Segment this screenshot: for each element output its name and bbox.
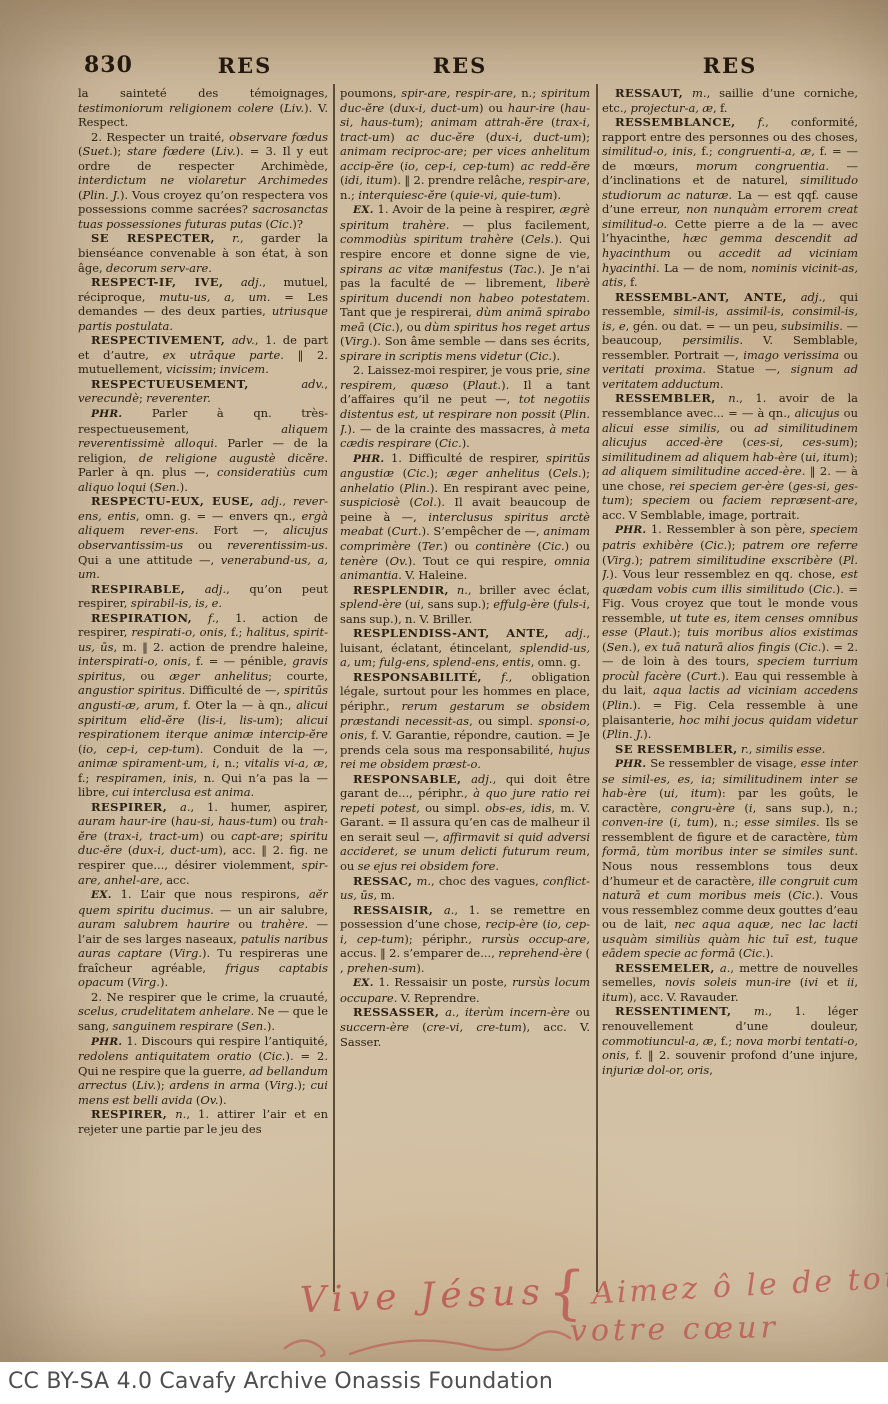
dictionary-paragraph: 2. Laissez-moi respirer, je vous prie, s… <box>340 363 590 450</box>
entry-headword: RESSEMBLER, <box>615 391 716 405</box>
dictionary-paragraph: RESPONSABILITÉ, f., obligation légale, s… <box>340 670 590 772</box>
dictionary-paragraph: RESPLENDIR, n., briller avec éclat, sple… <box>340 583 590 627</box>
scanned-page: 830 RES RES RES la sainteté des témoigna… <box>0 0 888 1362</box>
dictionary-paragraph: RESPIRER, n., 1. attirer l’air et en rej… <box>78 1107 328 1136</box>
dictionary-paragraph: RESSAC, m., choc des vagues, conflict-us… <box>340 874 590 903</box>
dictionary-paragraph: RESPECTU-EUX, EUSE, adj., rever-ens, ent… <box>78 494 328 581</box>
column-2-text: poumons, spir-are, respir-are, n.; spiri… <box>340 86 590 1292</box>
dictionary-paragraph: SE RESSEMBLER, r., similis esse. <box>602 742 858 757</box>
entry-headword: RESPIRER, <box>91 1107 167 1121</box>
dictionary-paragraph: RESSAISIR, a., 1. se remettre en possess… <box>340 903 590 976</box>
dictionary-paragraph: RESSAUT, m., saillie d’une corniche, etc… <box>602 86 858 115</box>
dictionary-paragraph: RESSEMBLER, n., 1. avoir de la ressembla… <box>602 391 858 522</box>
dictionary-paragraph: RESPIRATION, f., 1. action de respirer, … <box>78 611 328 800</box>
running-head-left: RES <box>160 53 330 78</box>
entry-headword: RESPECTIVEMENT, <box>91 333 225 347</box>
entry-headword: RESSEMBL-ANT, ANTE, <box>615 290 787 304</box>
dictionary-paragraph: SE RESPECTER, r., garder la bienséance c… <box>78 231 328 275</box>
entry-headword: RESPONSABLE, <box>353 772 461 786</box>
entry-headword: RESPIRABLE, <box>91 582 185 596</box>
dictionary-paragraph: EX. 1. Ressaisir un poste, rursùs locum … <box>340 975 590 1005</box>
dictionary-paragraph: RESPONSABLE, adj., qui doit être garant … <box>340 772 590 874</box>
section-label: EX. <box>353 204 374 216</box>
section-label: EX. <box>91 889 112 901</box>
section-label: PHR. <box>91 408 122 420</box>
dictionary-paragraph: la sainteté des témoignages, testimonior… <box>78 86 328 130</box>
entry-headword: RESPECT-IF, IVE, <box>91 275 223 289</box>
entry-headword: RESPONSABILITÉ, <box>353 670 482 684</box>
entry-headword: RESSASSER, <box>353 1005 439 1019</box>
entry-headword: RESPIRER, <box>91 800 167 814</box>
entry-headword: SE RESSEMBLER, <box>615 742 738 756</box>
running-head-center: RES <box>375 53 545 78</box>
dictionary-paragraph: RESPECTUEUSEMENT, adv., verecundè; rever… <box>78 377 328 406</box>
dictionary-paragraph: RESSENTIMENT, m., 1. léger renouvellemen… <box>602 1004 858 1077</box>
dictionary-paragraph: RESSEMELER, a., mettre de nouvelles seme… <box>602 961 858 1005</box>
column-1-text: la sainteté des témoignages, testimonior… <box>78 86 328 1292</box>
dictionary-paragraph: RESPIRABLE, adj., qu’on peut respirer, s… <box>78 582 328 611</box>
dictionary-paragraph: PHR. 1. Ressembler à son père, speciem p… <box>602 522 858 741</box>
dictionary-paragraph: PHR. 1. Difficulté de respirer, spiritūs… <box>340 451 590 583</box>
entry-headword: RESPLENDIR, <box>353 583 449 597</box>
entry-headword: SE RESPECTER, <box>91 231 215 245</box>
license-caption: CC BY-SA 4.0 Cavafy Archive Onassis Foun… <box>8 1369 553 1394</box>
entry-headword: RESSEMELER, <box>615 961 715 975</box>
handwriting-flourish <box>280 1310 600 1360</box>
column-3-text: RESSAUT, m., saillie d’une corniche, etc… <box>602 86 858 1292</box>
dictionary-paragraph: RESPIRER, a., 1. humer, aspirer, auram h… <box>78 800 328 887</box>
entry-headword: RESSAISIR, <box>353 903 433 917</box>
entry-headword: RESPECTUEUSEMENT, <box>91 377 249 391</box>
dictionary-paragraph: PHR. Parler à qn. très-respectueusement,… <box>78 406 328 494</box>
dictionary-paragraph: PHR. 1. Discours qui respire l’antiquité… <box>78 1034 328 1108</box>
entry-headword: RESSEMBLANCE, <box>615 115 736 129</box>
section-label: PHR. <box>615 758 646 770</box>
section-label: PHR. <box>353 453 384 465</box>
dictionary-paragraph: RESPLENDISS-ANT, ANTE, adj., luisant, éc… <box>340 626 590 670</box>
section-label: PHR. <box>615 524 646 536</box>
entry-headword: RESPLENDISS-ANT, ANTE, <box>353 626 549 640</box>
dictionary-paragraph: EX. 1. L’air que nous respirons, aĕr que… <box>78 887 328 990</box>
section-label: EX. <box>353 977 374 989</box>
entry-headword: RESPECTU-EUX, EUSE, <box>91 494 254 508</box>
entry-headword: RESPIRATION, <box>91 611 192 625</box>
dictionary-paragraph: PHR. Se ressembler de visage, esse inter… <box>602 756 858 961</box>
entry-headword: RESSAC, <box>353 874 412 888</box>
dictionary-paragraph: RESPECTIVEMENT, adv., 1. de part et d’au… <box>78 333 328 377</box>
dictionary-paragraph: RESSEMBLANCE, f., conformité, rapport en… <box>602 115 858 290</box>
dictionary-paragraph: RESSASSER, a., iterùm incern-ère ou succ… <box>340 1005 590 1049</box>
dictionary-paragraph: 2. Ne respirer que le crime, la cruauté,… <box>78 990 328 1034</box>
footer-bar: CC BY-SA 4.0 Cavafy Archive Onassis Foun… <box>0 1362 888 1404</box>
dictionary-paragraph: 2. Respecter un traité, observare fœdus … <box>78 130 328 232</box>
page-number: 830 <box>84 52 133 78</box>
dictionary-paragraph: EX. 1. Avoir de la peine à respirer, ægr… <box>340 202 590 363</box>
column-rule-right <box>596 84 598 1292</box>
dictionary-paragraph: RESSEMBL-ANT, ANTE, adj., qui ressemble,… <box>602 290 858 392</box>
entry-headword: RESSAUT, <box>615 86 683 100</box>
entry-headword: RESSENTIMENT, <box>615 1004 731 1018</box>
dictionary-paragraph: poumons, spir-are, respir-are, n.; spiri… <box>340 86 590 202</box>
dictionary-paragraph: RESPECT-IF, IVE, adj., mutuel, réciproqu… <box>78 275 328 333</box>
column-rule-left <box>333 84 335 1292</box>
running-head-right: RES <box>645 53 815 78</box>
handwriting-line3: votre cœur <box>570 1310 779 1349</box>
section-label: PHR. <box>91 1036 122 1048</box>
